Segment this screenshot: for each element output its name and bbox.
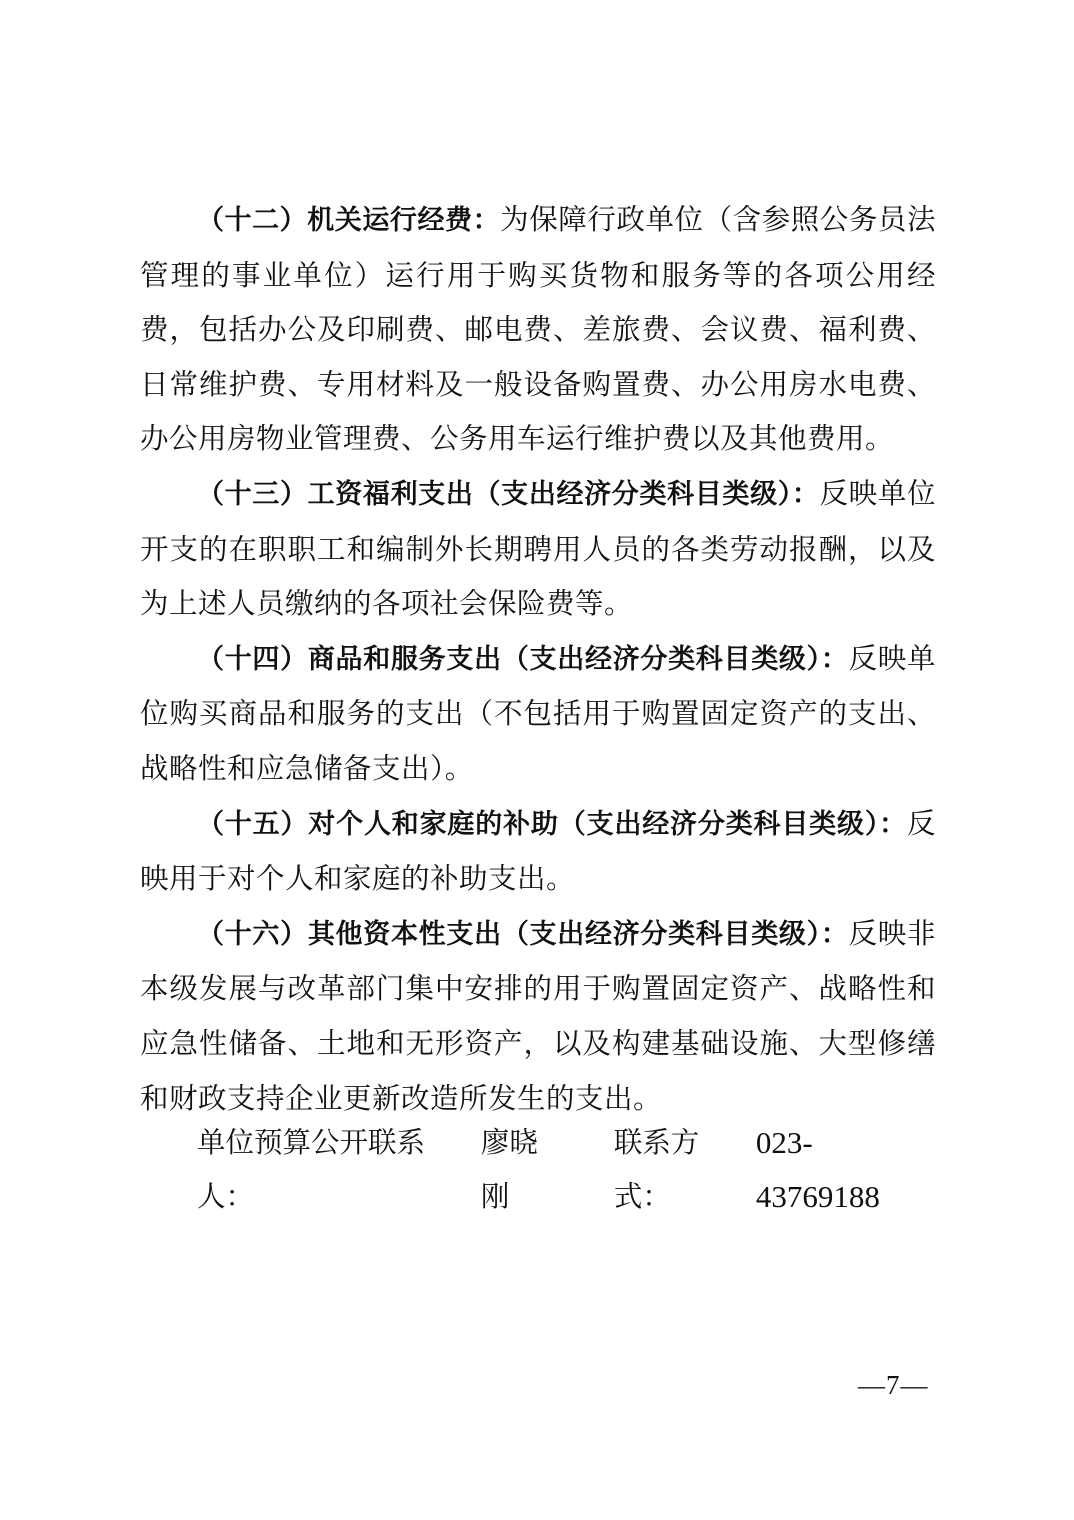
heading-14: （十四）商品和服务支出（支出经济分类科目类级）： xyxy=(197,644,849,675)
text-12: 为保障行政单位（含参照公务员法管理的事业单位）运行用于购买货物和服务等的各项公用… xyxy=(140,203,936,455)
document-body: （十二）机关运行经费：为保障行政单位（含参照公务员法管理的事业单位）运行用于购买… xyxy=(140,193,936,1126)
page-number: —7— xyxy=(858,1370,929,1401)
spacer xyxy=(566,1116,614,1224)
heading-15: （十五）对个人和家庭的补助（支出经济分类科目类级）： xyxy=(197,809,907,840)
contact-person-label: 单位预算公开联系人： xyxy=(197,1116,481,1224)
paragraph-15: （十五）对个人和家庭的补助（支出经济分类科目类级）：反映用于对个人和家庭的补助支… xyxy=(140,797,936,907)
paragraph-16: （十六）其他资本性支出（支出经济分类科目类级）：反映非本级发展与改革部门集中安排… xyxy=(140,907,936,1126)
heading-16: （十六）其他资本性支出（支出经济分类科目类级）： xyxy=(197,919,849,950)
paragraph-14: （十四）商品和服务支出（支出经济分类科目类级）：反映单位购买商品和服务的支出（不… xyxy=(140,632,936,797)
paragraph-12: （十二）机关运行经费：为保障行政单位（含参照公务员法管理的事业单位）运行用于购买… xyxy=(140,193,936,467)
contact-line: 单位预算公开联系人： 廖晓刚 联系方式： 023-43769188 xyxy=(140,1116,936,1224)
contact-phone: 023-43769188 xyxy=(756,1116,936,1224)
heading-12: （十二）机关运行经费： xyxy=(197,205,500,236)
contact-phone-label: 联系方式： xyxy=(614,1116,756,1224)
heading-13: （十三）工资福利支出（支出经济分类科目类级）： xyxy=(197,479,820,510)
contact-person: 廖晓刚 xyxy=(481,1116,566,1224)
paragraph-13: （十三）工资福利支出（支出经济分类科目类级）：反映单位开支的在职职工和编制外长期… xyxy=(140,467,936,632)
